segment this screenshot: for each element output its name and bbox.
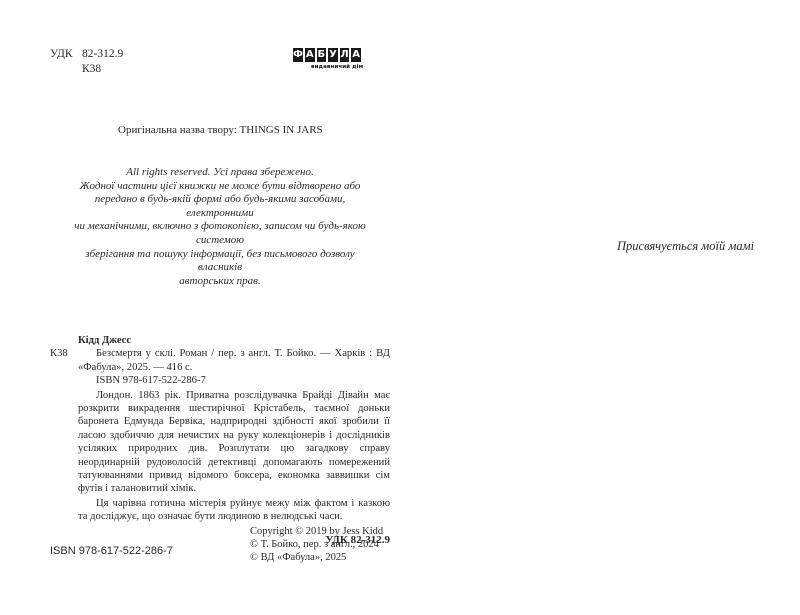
logo-letter: А	[351, 48, 361, 62]
logo-letter: Л	[340, 48, 350, 62]
catalog-isbn: ISBN 978-617-522-286-7	[96, 374, 390, 387]
rights-line: передано в будь-якій формі або будь-яким…	[62, 193, 378, 220]
logo-letter: Б	[317, 48, 327, 62]
catalog-abstract: Ця чарівна готична містерія руйнує межу …	[78, 497, 390, 524]
publisher-logo: Ф А Б У Л А видавничий дім	[293, 48, 361, 70]
author-mark: К38	[50, 62, 123, 77]
rights-notice: All rights reserved. Усі права збережено…	[62, 166, 378, 288]
rights-line: Жодної частини цієї книжки не може бути …	[62, 180, 378, 194]
dedication: Присвячується моїй мамі	[617, 239, 754, 254]
rights-line: чи механічними, включно з фотокопією, за…	[62, 220, 378, 247]
logo-letters: Ф А Б У Л А	[293, 48, 361, 62]
logo-letter: А	[305, 48, 315, 62]
logo-letter: Ф	[293, 48, 303, 62]
copyright-block: Copyright © 2019 by Jess Kidd © Т. Бойко…	[250, 525, 383, 564]
catalog-abstract: Лондон. 1863 рік. Приватна розслідувачка…	[78, 389, 390, 496]
catalog-mark: К38	[50, 347, 68, 360]
catalog-record: Кідд Джесс К38 Безсмертя у склі. Роман /…	[50, 334, 390, 547]
udk-header: УДК82-312.9 К38	[50, 47, 123, 77]
copyright-line: © ВД «Фабула», 2025	[250, 551, 383, 564]
logo-subtitle: видавничий дім	[311, 64, 361, 70]
copyright-line: © Т. Бойко, пер. з англ., 2024	[250, 538, 383, 551]
catalog-author: Кідд Джесс	[78, 334, 390, 347]
isbn-bottom: ISBN 978-617-522-286-7	[50, 545, 173, 557]
copyright-line: Copyright © 2019 by Jess Kidd	[250, 525, 383, 538]
udk-code: 82-312.9	[82, 48, 123, 60]
udk-label: УДК	[50, 47, 82, 62]
logo-letter: У	[328, 48, 338, 62]
catalog-reference: Безсмертя у склі. Роман / пер. з англ. Т…	[78, 347, 390, 374]
rights-line: зберігання та пошуку інформації, без пис…	[62, 248, 378, 275]
rights-line: All rights reserved. Усі права збережено…	[62, 166, 378, 180]
catalog-reference-row: К38 Безсмертя у склі. Роман / пер. з анг…	[50, 347, 390, 374]
original-title: Оригінальна назва твору: THINGS IN JARS	[118, 124, 323, 136]
rights-line: авторських прав.	[62, 275, 378, 289]
